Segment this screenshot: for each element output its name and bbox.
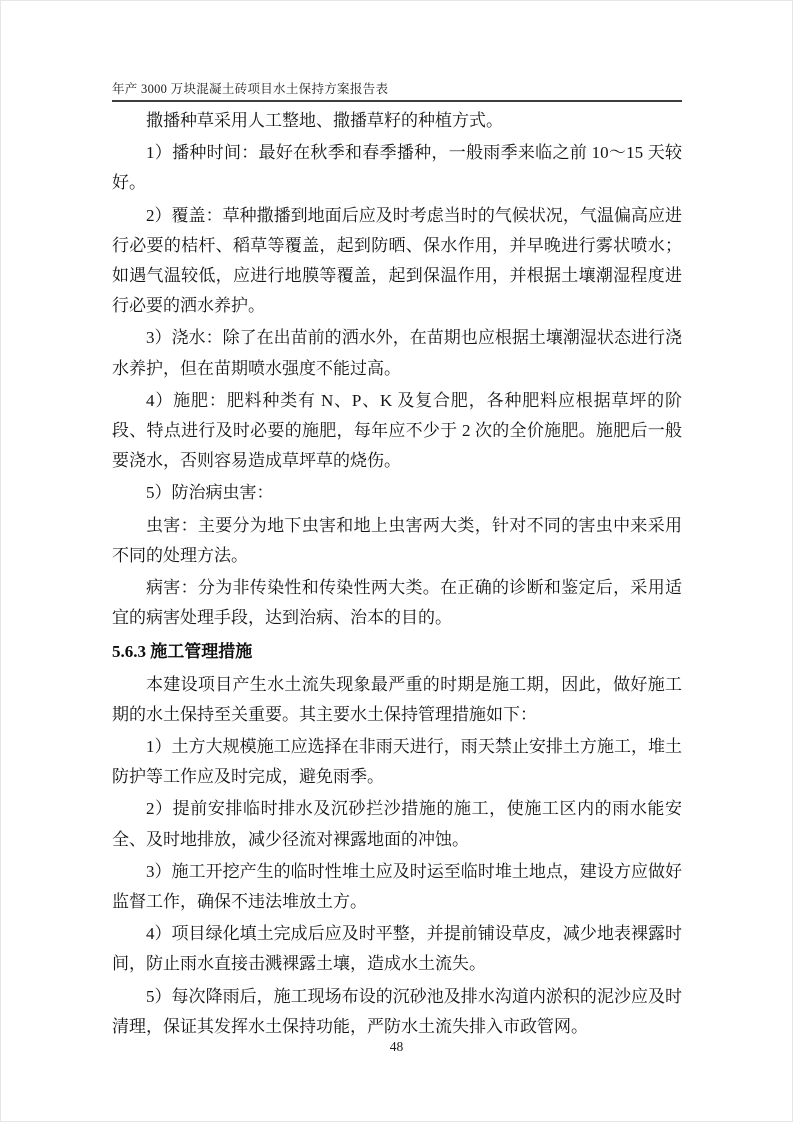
header-divider bbox=[112, 100, 682, 102]
page-number: 48 bbox=[390, 1039, 404, 1054]
page-header: 年产 3000 万块混凝土砖项目水土保持方案报告表 bbox=[112, 82, 682, 102]
page-footer: 48 bbox=[0, 1038, 793, 1056]
paragraph: 3）浇水：除了在出苗前的洒水外，在苗期也应根据土壤潮湿状态进行浇水养护，但在苗期… bbox=[112, 323, 682, 383]
paragraph: 4）施肥：肥料种类有 N、P、K 及复合肥，各种肥料应根据草坪的阶段、特点进行及… bbox=[112, 386, 682, 477]
paragraph: 4）项目绿化填土完成后应及时平整，并提前铺设草皮，减少地表裸露时间，防止雨水直接… bbox=[112, 919, 682, 979]
paragraph: 1）土方大规模施工应选择在非雨天进行，雨天禁止安排土方施工，堆土防护等工作应及时… bbox=[112, 732, 682, 792]
document-page: 年产 3000 万块混凝土砖项目水土保持方案报告表 撒播种草采用人工整地、撒播草… bbox=[0, 0, 793, 1122]
paragraph: 5）防治病虫害： bbox=[112, 478, 682, 508]
paragraph: 2）覆盖：草种撒播到地面后应及时考虑当时的气候状况，气温偏高应进行必要的桔杆、稻… bbox=[112, 201, 682, 322]
paragraph: 5）每次降雨后，施工现场布设的沉砂池及排水沟道内淤积的泥沙应及时清理，保证其发挥… bbox=[112, 982, 682, 1042]
section-heading: 5.6.3 施工管理措施 bbox=[112, 637, 682, 667]
header-title: 年产 3000 万块混凝土砖项目水土保持方案报告表 bbox=[112, 82, 682, 96]
paragraph: 本建设项目产生水土流失现象最严重的时期是施工期，因此，做好施工期的水土保持至关重… bbox=[112, 670, 682, 730]
paragraph: 2）提前安排临时排水及沉砂拦沙措施的施工，使施工区内的雨水能安全、及时地排放，减… bbox=[112, 794, 682, 854]
paragraph: 虫害：主要分为地下虫害和地上虫害两大类，针对不同的害虫中来采用不同的处理方法。 bbox=[112, 511, 682, 571]
paragraph: 撒播种草采用人工整地、撒播草籽的种植方式。 bbox=[112, 106, 682, 136]
document-body: 撒播种草采用人工整地、撒播草籽的种植方式。 1）播种时间：最好在秋季和春季播种，… bbox=[112, 106, 682, 1044]
paragraph: 1）播种时间：最好在秋季和春季播种，一般雨季来临之前 10～15 天较好。 bbox=[112, 138, 682, 198]
paragraph: 病害：分为非传染性和传染性两大类。在正确的诊断和鉴定后，采用适宜的病害处理手段，… bbox=[112, 573, 682, 633]
paragraph: 3）施工开挖产生的临时性堆土应及时运至临时堆土地点，建设方应做好监督工作，确保不… bbox=[112, 857, 682, 917]
